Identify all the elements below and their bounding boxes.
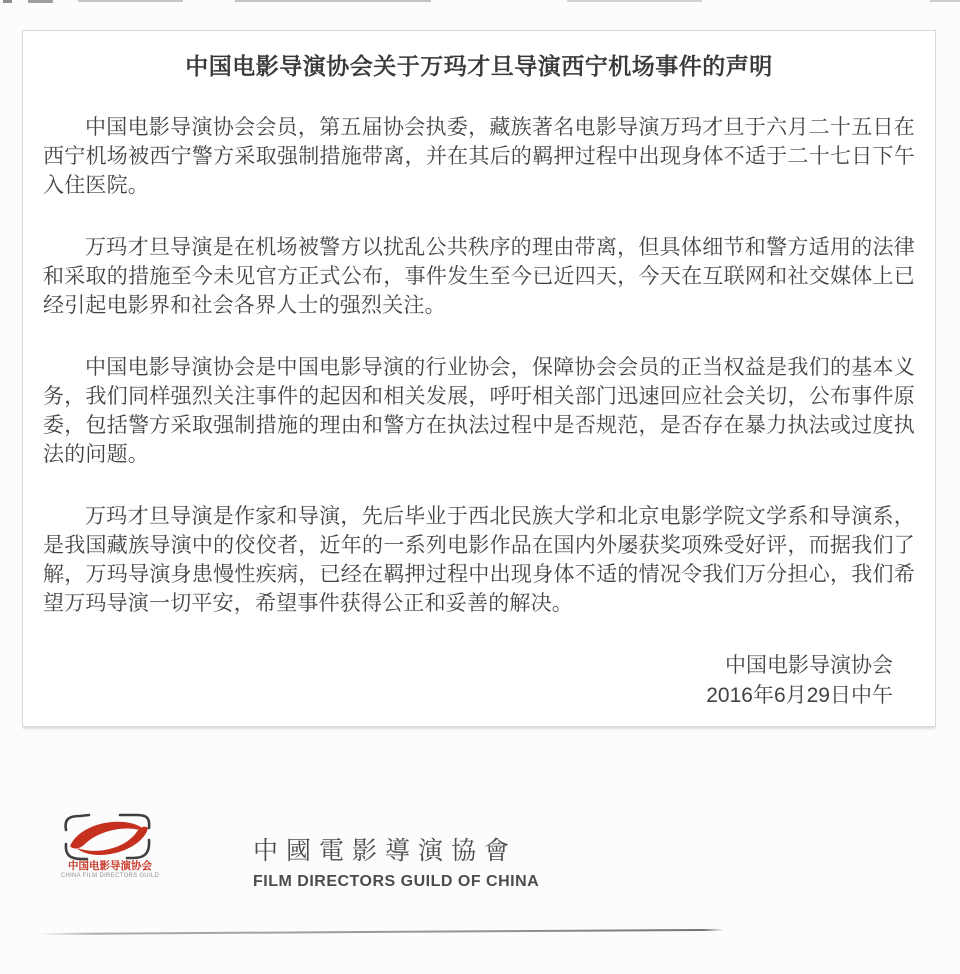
statement-document: 中国电影导演协会关于万玛才旦导演西宁机场事件的声明 中国电影导演协会会员，第五届… [22,30,936,727]
top-edge-artifact [28,0,53,3]
paragraph-3: 中国电影导演协会是中国电影导演的行业协会，保障协会会员的正当权益是我们的基本义务… [43,353,915,469]
logo-chinese-name: 中国电影导演协会 [58,860,162,872]
film-guild-emblem-icon [60,812,160,862]
paragraph-4: 万玛才旦导演是作家和导演，先后毕业于西北民族大学和北京电影学院文学系和导演系，是… [43,502,915,618]
guild-logo: 中国电影导演协会 CHINA FILM DIRECTORS GUILD [58,812,162,880]
signature-org: 中国电影导演协会 [43,651,893,681]
guild-name-block: 中國電影導演協會 FILM DIRECTORS GUILD OF CHINA [253,831,539,891]
top-edge-artifact [567,0,702,2]
document-title: 中国电影导演协会关于万玛才旦导演西宁机场事件的声明 [43,52,915,80]
signature-date: 2016年6月29日中午 [43,681,893,711]
paragraph-1: 中国电影导演协会会员，第五届协会执委，藏族著名电影导演万玛才旦于六月二十五日在西… [43,113,915,200]
signature-block: 中国电影导演协会 2016年6月29日中午 [43,651,915,711]
guild-name-english: FILM DIRECTORS GUILD OF CHINA [253,873,539,891]
scan-artifact-line [40,929,724,935]
guild-name-traditional: 中國電影導演協會 [253,831,539,867]
top-edge-artifact [3,0,12,3]
logo-english-name: CHINA FILM DIRECTORS GUILD [58,872,162,880]
paragraph-2: 万玛才旦导演是在机场被警方以扰乱公共秩序的理由带离，但具体细节和警方适用的法律和… [43,233,915,320]
guild-footer: 中国电影导演协会 CHINA FILM DIRECTORS GUILD 中國電影… [58,810,658,910]
top-edge-artifact [78,0,183,2]
top-edge-artifact [930,0,960,2]
top-edge-artifact [235,0,431,2]
